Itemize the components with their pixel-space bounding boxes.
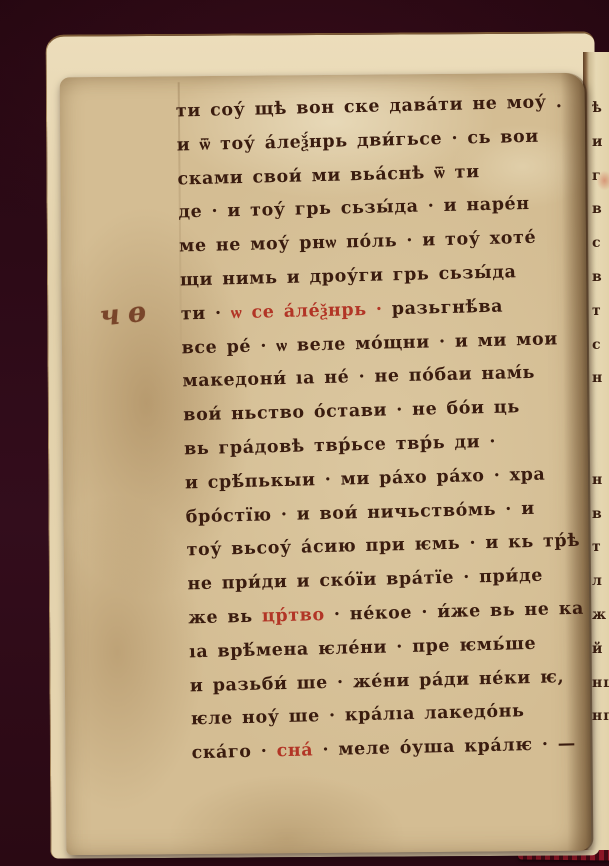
facing-page-letter-fragment: в	[592, 193, 609, 227]
facing-page-letter-fragment	[592, 396, 609, 430]
ink-text: бро́стїю · и вои́ ничьство́мь · и	[186, 498, 535, 527]
ink-text: не при́ди и ско́їи вра́тїе · при́де	[187, 566, 543, 595]
facing-page-letter-fragment: л	[592, 565, 609, 599]
ink-text: ска́го ·	[191, 741, 277, 763]
facing-page-letter-fragment	[592, 430, 609, 464]
ink-text: же вь	[188, 607, 262, 629]
ink-text: ıа врѣ́мена ѥле́ни · пре ѥмь́ше	[189, 634, 537, 662]
ink-text: и срѣ́пькыи · ми ра́хо ра́хо · хра	[185, 464, 546, 493]
facing-page-letter-fragment: ѣ	[592, 92, 609, 126]
ink-text: щи нимь и дроу́ги грь сьзы́да	[180, 262, 517, 290]
ink-text: тоу́ вьсоу́ а́сию при ѥмь · и кь тр́ѣ	[186, 531, 580, 561]
manuscript-page: чѳ ти соу́ щѣ вон ске дава́ти не моу́ .и…	[60, 73, 592, 856]
red-ink-smudge	[596, 170, 609, 190]
ink-text: вои́ ньство о́стави · не бо́и ць	[183, 397, 520, 425]
rubric-red-text: цр́тво	[262, 605, 325, 627]
ink-text: вь гра́довѣ твр́ьсе твр́ь ди ·	[184, 432, 496, 460]
facing-page-letter-fragment: т	[592, 295, 609, 329]
ink-text: македони́ ıа не́ · не по́баи нам́ь	[182, 363, 535, 392]
text-block: ти соу́ щѣ вон ске дава́ти не моу́ .и ѿ …	[175, 86, 595, 772]
rubric-red-text: сна́	[276, 740, 313, 761]
facing-page-letter-fragment: с	[592, 227, 609, 261]
facing-page-letter-fragment: нц	[592, 667, 609, 701]
facing-page-letter-fragment: ж	[592, 599, 609, 633]
facing-page-fragments: ѣигвсвтсннвтлжйнцнп	[592, 92, 609, 768]
ink-text: сками свои́ ми вьа́снѣ ѿ ти	[177, 162, 480, 189]
rubric-red-text: ѡ се а́ле́ѯнрь ·	[231, 299, 383, 323]
facing-page-letter-fragment: т	[592, 531, 609, 565]
facing-page-letter-fragment: в	[592, 261, 609, 295]
ink-text: и разьби́ ше · же́ни ра́ди не́ки ѥ,	[190, 667, 565, 696]
ink-text: ти ·	[181, 303, 232, 324]
facing-page-letter-fragment: с	[592, 329, 609, 363]
ink-text: ти соу́ щѣ вон ске дава́ти не моу́ .	[176, 92, 563, 121]
ink-text: ме не моу́ рнѡ по́ль · и тоу́ хоте́	[179, 228, 537, 257]
ink-text: де · и тоу́ грь сьзы́да · и наре́н	[178, 194, 530, 223]
facing-page-letter-fragment: н	[592, 362, 609, 396]
ink-text: все ре́ · ѡ веле мо́щни · и ми мои	[181, 329, 558, 358]
margin-note: чѳ	[98, 294, 156, 333]
ink-text: · меле о́уша кра́лѥ · —	[313, 734, 576, 760]
ink-text: · не́кое · и́же вь не ка	[324, 599, 584, 625]
manuscript-photo: ѣигвсвтсннвтлжйнцнп чѳ ти соу́ щѣ вон ск…	[0, 0, 609, 866]
ink-text: ѥле ноу́ ше · кра́лıа лакедо́нь	[191, 702, 525, 730]
facing-page-letter-fragment: й	[592, 633, 609, 667]
facing-page-letter-fragment: и	[592, 126, 609, 160]
ink-text: и ѿ тоу́ а́леѯ́нрь дви́гьсе · сь вои	[176, 126, 539, 155]
ink-text: разьгнѣ́ва	[382, 296, 503, 319]
facing-page-letter-fragment: н	[592, 464, 609, 498]
facing-page-letter-fragment: в	[592, 498, 609, 532]
